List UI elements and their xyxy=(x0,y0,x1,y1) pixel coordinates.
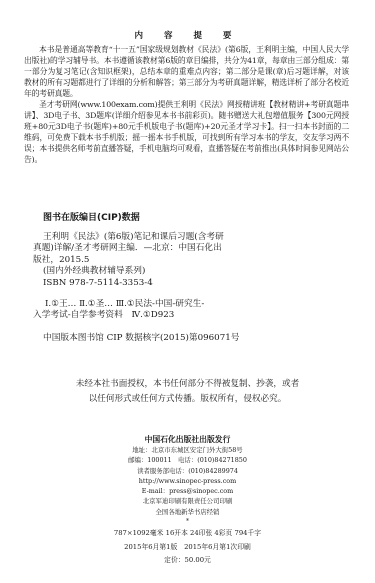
copyright-line-2: 以任何形式或任何方式传播。版权所有，侵权必究。 xyxy=(0,392,375,407)
price: 定价：50.00元 xyxy=(0,554,375,568)
copyright-line-1: 未经本社书面授权，本书任何部分不得被复制、抄袭，或者 xyxy=(0,377,375,392)
cip-gap xyxy=(33,289,273,299)
copyright-notice: 未经本社书面授权，本书任何部分不得被复制、抄袭，或者 以任何形式或任何方式传播。… xyxy=(0,377,375,407)
cip-body: 王利明《民法》(第6版)笔记和课后习题(含考研 真题)详解/圣才考研网主编．—北… xyxy=(33,232,273,322)
copyright-page: 内 容 提 要 本书是普通高等教育“十一五”国家级规划教材《民法》(第6版，王利… xyxy=(0,0,375,583)
print-format: 787×1092毫米 16开本 24印张 4彩页 794千字 xyxy=(0,527,375,541)
publisher-website: http://www.sinopec-press.com xyxy=(0,476,375,486)
cip-verification-number: 中国版本图书馆 CIP 数据核字(2015)第096071号 xyxy=(33,331,273,343)
cip-data-section: 图书在版编目(CIP)数据 王利明《民法》(第6版)笔记和课后习题(含考研 真题… xyxy=(33,210,273,343)
abstract-title: 内 容 提 要 xyxy=(0,29,375,41)
publisher-address: 地址：北京市东城区安定门外大街58号 xyxy=(0,445,375,455)
cip-classification-line-2: 入学考试-自学参考资料 Ⅳ.①D923 xyxy=(33,310,273,321)
cip-title-line-1: 王利明《民法》(第6版)笔记和课后习题(含考研 xyxy=(33,232,273,243)
publisher-info: 中国石化出版社出版发行 地址：北京市东城区安定门外大街58号 邮编：100011… xyxy=(0,434,375,568)
distributor: 全国各地新华书店经销 xyxy=(0,507,375,517)
cip-classification-line-1: Ⅰ.①王… Ⅱ.①圣… Ⅲ.①民法-中国-研究生- xyxy=(33,299,273,310)
cip-title-line-2: 真题)详解/圣才考研网主编．—北京：中国石化出 xyxy=(33,243,273,254)
abstract-paragraph-1: 本书是普通高等教育“十一五”国家级规划教材《民法》(第6版，王利明主编，中国人民… xyxy=(24,44,349,99)
publisher-name: 中国石化出版社出版发行 xyxy=(0,434,375,445)
abstract-paragraph-2: 圣才考研网(www.100exam.com)提供王利明《民法》网授精讲班【教材精… xyxy=(24,99,349,165)
publisher-email: E-mail：press@sinopec.com xyxy=(0,486,375,496)
cip-isbn: ISBN 978-7-5114-3353-4 xyxy=(33,278,273,289)
cip-heading: 图书在版编目(CIP)数据 xyxy=(43,210,273,223)
publisher-postcode-phone: 邮编：100011 电话：(010)84271850 xyxy=(0,455,375,465)
cip-series: (国内外经典教材辅导系列) xyxy=(33,266,273,277)
separator-star: * xyxy=(0,517,375,527)
abstract-section: 本书是普通高等教育“十一五”国家级规划教材《民法》(第6版，王利明主编，中国人民… xyxy=(24,44,349,165)
printer: 北京军迪印刷有限责任公司印刷 xyxy=(0,496,375,506)
cip-title-line-3: 版社，2015.5 xyxy=(33,255,273,266)
edition-info: 2015年6月第1版 2015年6月第1次印刷 xyxy=(0,541,375,555)
reader-service-phone: 读者服务部电话：(010)84289974 xyxy=(0,466,375,476)
